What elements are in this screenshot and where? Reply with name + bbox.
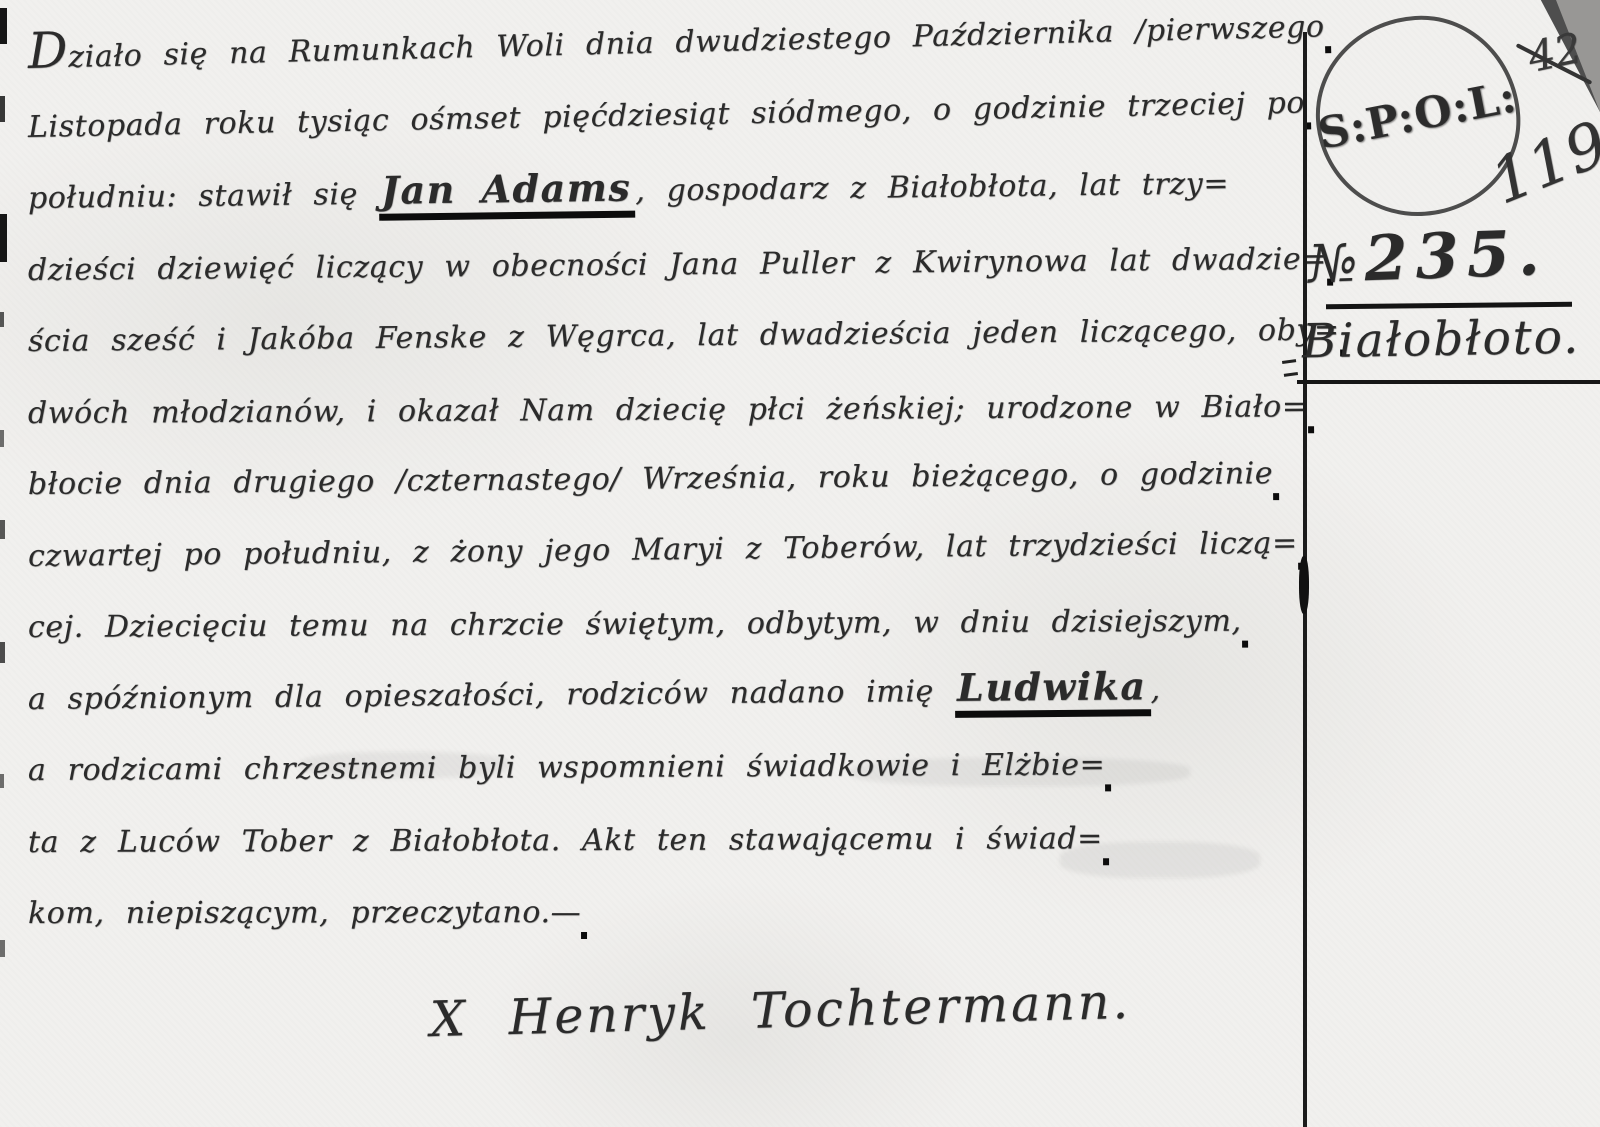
scan-edge-speck	[0, 940, 5, 957]
record-line-7: błocie dnia drugiego /czternastego/ Wrze…	[28, 434, 1291, 517]
record-line-3: południu: stawił się Jan Adams, gospodar…	[27, 144, 1290, 231]
line-text: dzieści dziewięć liczący w obecności Jan…	[28, 241, 1327, 287]
act-number-value: 235.	[1363, 216, 1548, 295]
record-body: Działo się na Rumunkach Woli dnia dwudzi…	[28, 16, 1290, 946]
line-text: Listopada roku tysiąc ośmset pięćdziesią…	[28, 85, 1306, 145]
act-number: № 235.	[1307, 216, 1549, 297]
underlined-name	[581, 886, 587, 939]
underlined-name	[1103, 812, 1109, 865]
record-line-11: a rodzicami chrzestnemi byli wspomnieni …	[28, 724, 1290, 802]
scan-edge-speck	[0, 774, 4, 788]
record-line-5: ścia sześć i Jakóba Fenske z Węgrca, lat…	[28, 291, 1291, 374]
record-line-6: dwóch młodzianów, i okazał Nam dziecię p…	[28, 367, 1290, 445]
underlined-name	[1241, 595, 1247, 648]
scan-edge-speck	[0, 642, 5, 663]
record-line-9: cej. Dziecięciu temu na chrzcie świętym,…	[28, 581, 1290, 659]
line-text: ,	[1150, 672, 1160, 707]
scan-edge-speck	[0, 96, 5, 122]
line-text: południu: stawił się	[28, 177, 380, 216]
line-text: kom, niepiszącym, przeczytano.—	[28, 895, 581, 931]
underlined-name-ludwika: Ludwika	[955, 663, 1151, 718]
margin-equals-mark	[1282, 359, 1298, 377]
scan-edge-speck	[0, 520, 5, 539]
act-number-underline	[1326, 302, 1572, 310]
scanned-record-page: Działo się na Rumunkach Woli dnia dwudzi…	[0, 0, 1600, 1127]
line-text: ścia sześć i Jakóba Fenske z Węgrca, lat…	[28, 313, 1340, 359]
scan-edge-speck	[0, 312, 4, 327]
registrar-signature: X Henryk Tochtermann.	[429, 973, 1131, 1048]
line-text: błocie dnia drugiego /czternastego/ Wrze…	[28, 456, 1273, 502]
line-text: dwóch młodzianów, i okazał Nam dziecię p…	[28, 389, 1308, 431]
underlined-name	[1105, 738, 1111, 791]
record-line-10: a spóźnionym dla opieszałości, rodziców …	[28, 648, 1291, 731]
record-line-8: czwartej po południu, z żony jego Maryi …	[28, 503, 1291, 588]
underlined-name	[1307, 380, 1313, 433]
record-line-4: dzieści dziewięć liczący w obecności Jan…	[28, 219, 1291, 302]
margin-rule-ink-blob	[1299, 556, 1309, 614]
scan-edge-speck	[0, 8, 7, 44]
line-text: , gospodarz z Białobłota, lat trzy=	[635, 166, 1229, 208]
record-line-13: kom, niepiszącym, przeczytano.—	[28, 872, 1290, 946]
line-text: cej. Dziecięciu temu na chrzcie świętym,…	[28, 604, 1242, 645]
official-round-stamp: S:P:O:L:	[1309, 9, 1526, 223]
scan-edge-speck	[0, 430, 4, 447]
act-number-label: №	[1307, 233, 1360, 295]
record-line-12: ta z Luców Tober z Białobłota. Akt ten s…	[28, 798, 1290, 874]
underlined-name	[1324, 0, 1331, 53]
line-text: a rodzicami chrzestnemi byli wspomnieni …	[28, 747, 1105, 788]
place-name-underline	[1297, 380, 1600, 384]
line-text: ta z Luców Tober z Białobłota. Akt ten s…	[28, 821, 1103, 860]
line-text: czwartej po południu, z żony jego Maryi …	[28, 525, 1298, 573]
underlined-name	[1273, 447, 1279, 500]
scan-edge-speck	[0, 214, 7, 262]
place-name: Białobłoto.	[1302, 310, 1581, 370]
line-text: a spóźnionym dla opieszałości, rodziców …	[28, 673, 955, 716]
underlined-name-jan-adams: Jan Adams	[379, 165, 636, 221]
